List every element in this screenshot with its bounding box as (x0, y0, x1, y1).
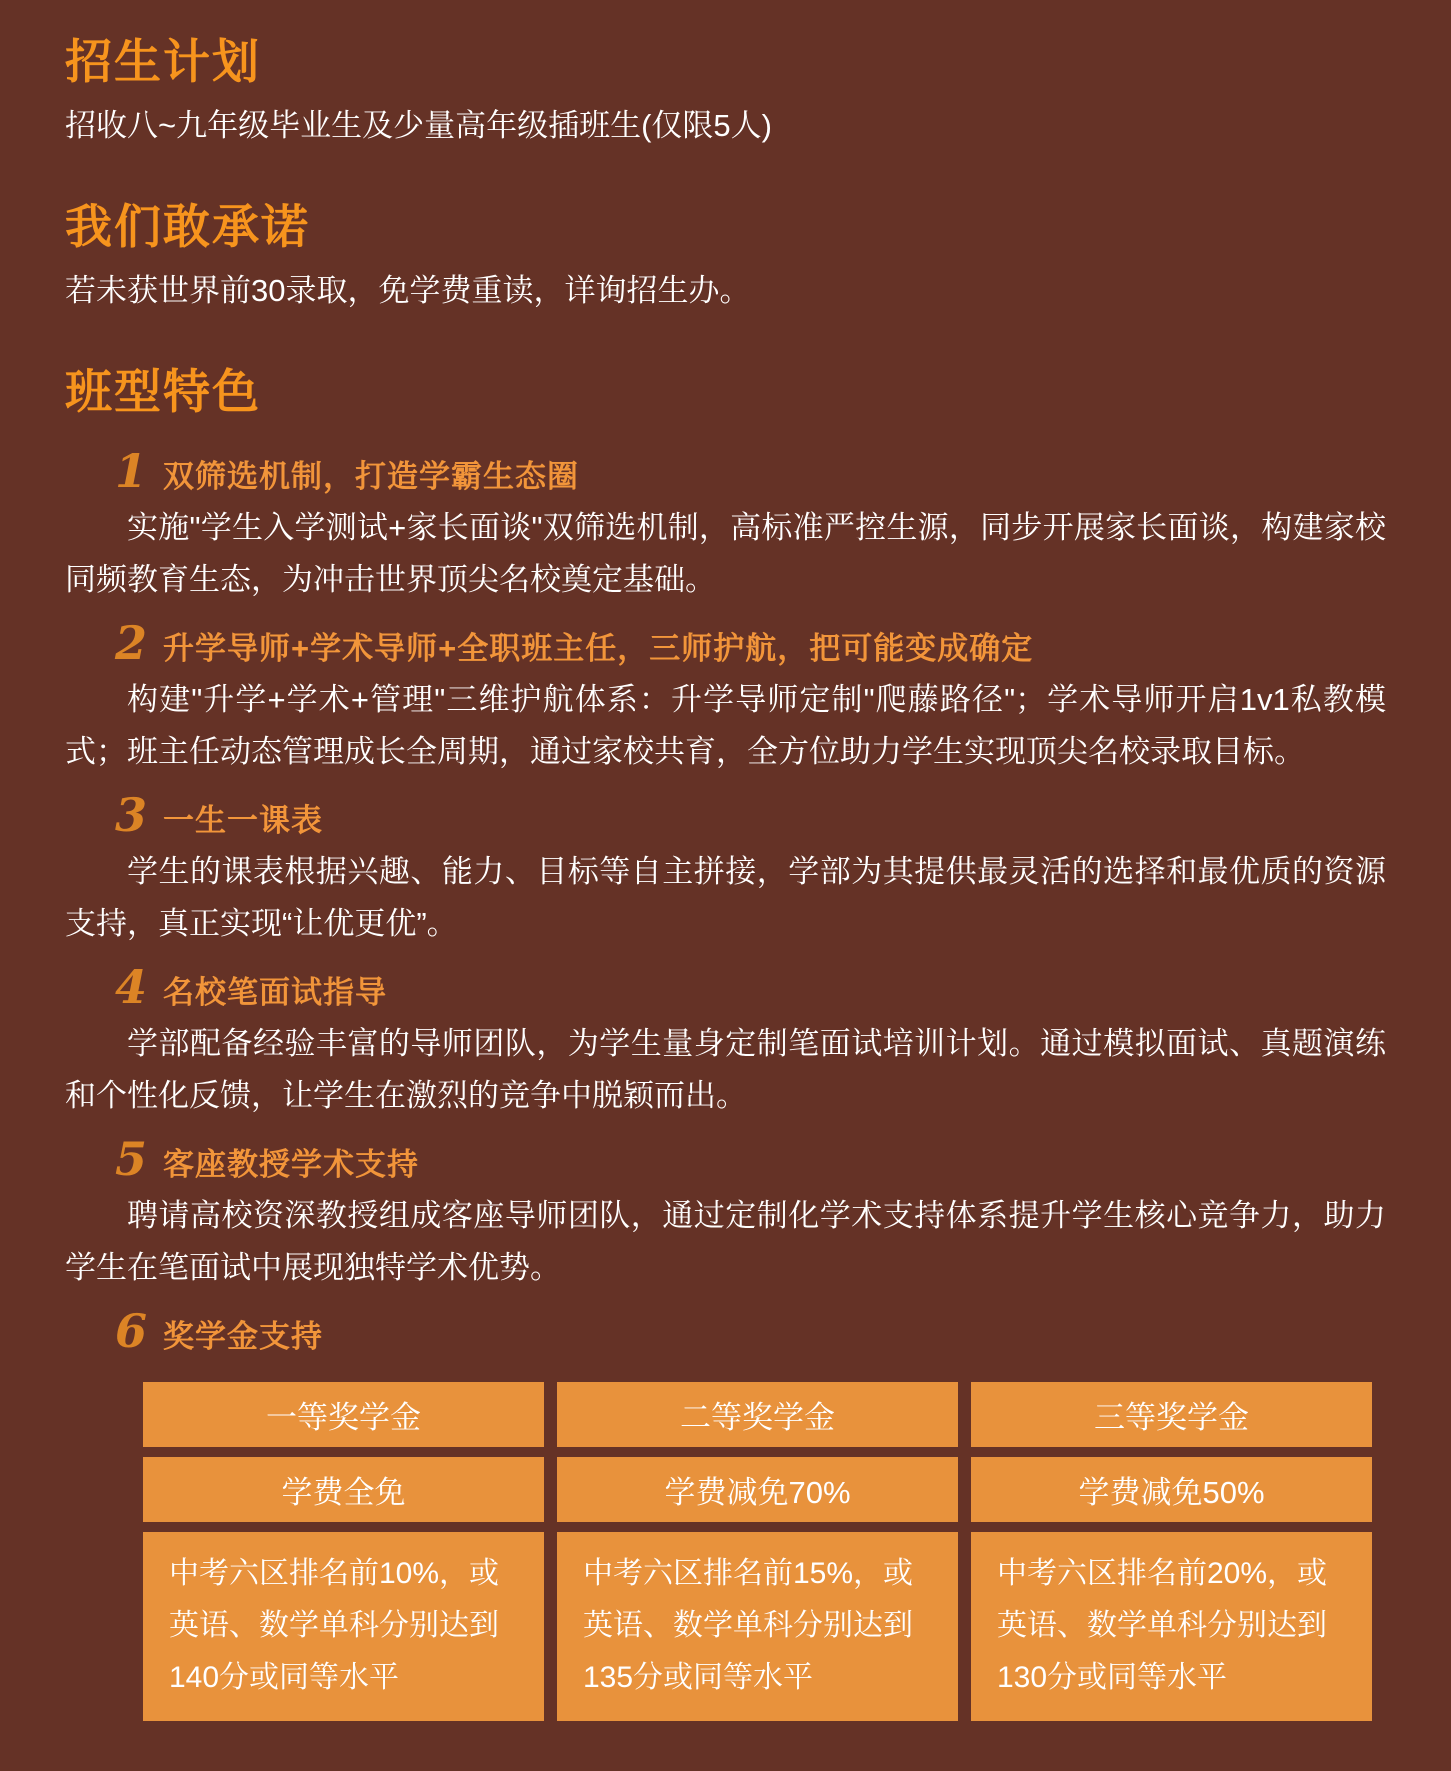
class-features-heading: 班型特色 (65, 366, 1386, 418)
feature-head: 3 一生一课表 (115, 792, 1386, 840)
feature-head: 6 奖学金支持 (115, 1308, 1386, 1356)
benefit-cell-third: 学费减免50% (971, 1457, 1372, 1522)
tier-cell-first: 一等奖学金 (143, 1382, 544, 1447)
feature-title: 双筛选机制，打造学霸生态圈 (163, 451, 579, 496)
feature-head: 1 双筛选机制，打造学霸生态圈 (115, 448, 1386, 496)
feature-number: 4 (115, 964, 147, 1010)
promise-note: 若未获世界前30录取，免学费重读，详询招生办。 (65, 271, 1386, 311)
feature-title: 一生一课表 (163, 795, 323, 840)
feature-number: 2 (115, 620, 147, 666)
benefit-cell-first: 学费全免 (143, 1457, 544, 1522)
feature-list: 1 双筛选机制，打造学霸生态圈 实施"学生入学测试+家长面谈"双筛选机制，高标准… (65, 448, 1386, 1356)
feature-title: 奖学金支持 (163, 1311, 323, 1356)
benefit-cell-second: 学费减免70% (557, 1457, 958, 1522)
feature-item: 5 客座教授学术支持 聘请高校资深教授组成客座导师团队，通过定制化学术支持体系提… (65, 1136, 1386, 1294)
feature-number: 3 (115, 792, 147, 838)
feature-item: 4 名校笔面试指导 学部配备经验丰富的导师团队，为学生量身定制笔面试培训计划。通… (65, 964, 1386, 1122)
poster-page: 招生计划 招收八~九年级毕业生及少量高年级插班生(仅限5人) 我们敢承诺 若未获… (0, 0, 1451, 1771)
feature-paragraph: 学部配备经验丰富的导师团队，为学生量身定制笔面试培训计划。通过模拟面试、真题演练… (65, 1018, 1386, 1122)
feature-number: 6 (115, 1308, 147, 1354)
tier-cell-third: 三等奖学金 (971, 1382, 1372, 1447)
feature-title: 名校笔面试指导 (163, 967, 387, 1012)
feature-item: 3 一生一课表 学生的课表根据兴趣、能力、目标等自主拼接，学部为其提供最灵活的选… (65, 792, 1386, 950)
admission-plan-heading: 招生计划 (65, 36, 1386, 88)
feature-head: 4 名校笔面试指导 (115, 964, 1386, 1012)
feature-number: 1 (115, 448, 147, 494)
criteria-cell-first: 中考六区排名前10%，或英语、数学单科分别达到140分或同等水平 (143, 1532, 544, 1721)
feature-paragraph: 学生的课表根据兴趣、能力、目标等自主拼接，学部为其提供最灵活的选择和最优质的资源… (65, 846, 1386, 950)
admission-plan-note: 招收八~九年级毕业生及少量高年级插班生(仅限5人) (65, 106, 1386, 146)
feature-title: 客座教授学术支持 (163, 1139, 419, 1184)
promise-heading: 我们敢承诺 (65, 201, 1386, 253)
feature-head: 2 升学导师+学术导师+全职班主任，三师护航，把可能变成确定 (115, 620, 1386, 668)
criteria-cell-second: 中考六区排名前15%，或英语、数学单科分别达到135分或同等水平 (557, 1532, 958, 1721)
feature-title: 升学导师+学术导师+全职班主任，三师护航，把可能变成确定 (163, 623, 1033, 668)
feature-item: 2 升学导师+学术导师+全职班主任，三师护航，把可能变成确定 构建"升学+学术+… (65, 620, 1386, 778)
scholarship-table: 一等奖学金 二等奖学金 三等奖学金 学费全免 学费减免70% 学费减免50% 中… (143, 1382, 1372, 1721)
feature-item: 1 双筛选机制，打造学霸生态圈 实施"学生入学测试+家长面谈"双筛选机制，高标准… (65, 448, 1386, 606)
feature-paragraph: 实施"学生入学测试+家长面谈"双筛选机制，高标准严控生源，同步开展家长面谈，构建… (65, 502, 1386, 606)
feature-paragraph: 构建"升学+学术+管理"三维护航体系：升学导师定制"爬藤路径"；学术导师开启1v… (65, 674, 1386, 778)
feature-head: 5 客座教授学术支持 (115, 1136, 1386, 1184)
feature-paragraph: 聘请高校资深教授组成客座导师团队，通过定制化学术支持体系提升学生核心竞争力，助力… (65, 1190, 1386, 1294)
feature-number: 5 (115, 1136, 147, 1182)
feature-item: 6 奖学金支持 (65, 1308, 1386, 1356)
criteria-cell-third: 中考六区排名前20%，或英语、数学单科分别达到130分或同等水平 (971, 1532, 1372, 1721)
tier-cell-second: 二等奖学金 (557, 1382, 958, 1447)
